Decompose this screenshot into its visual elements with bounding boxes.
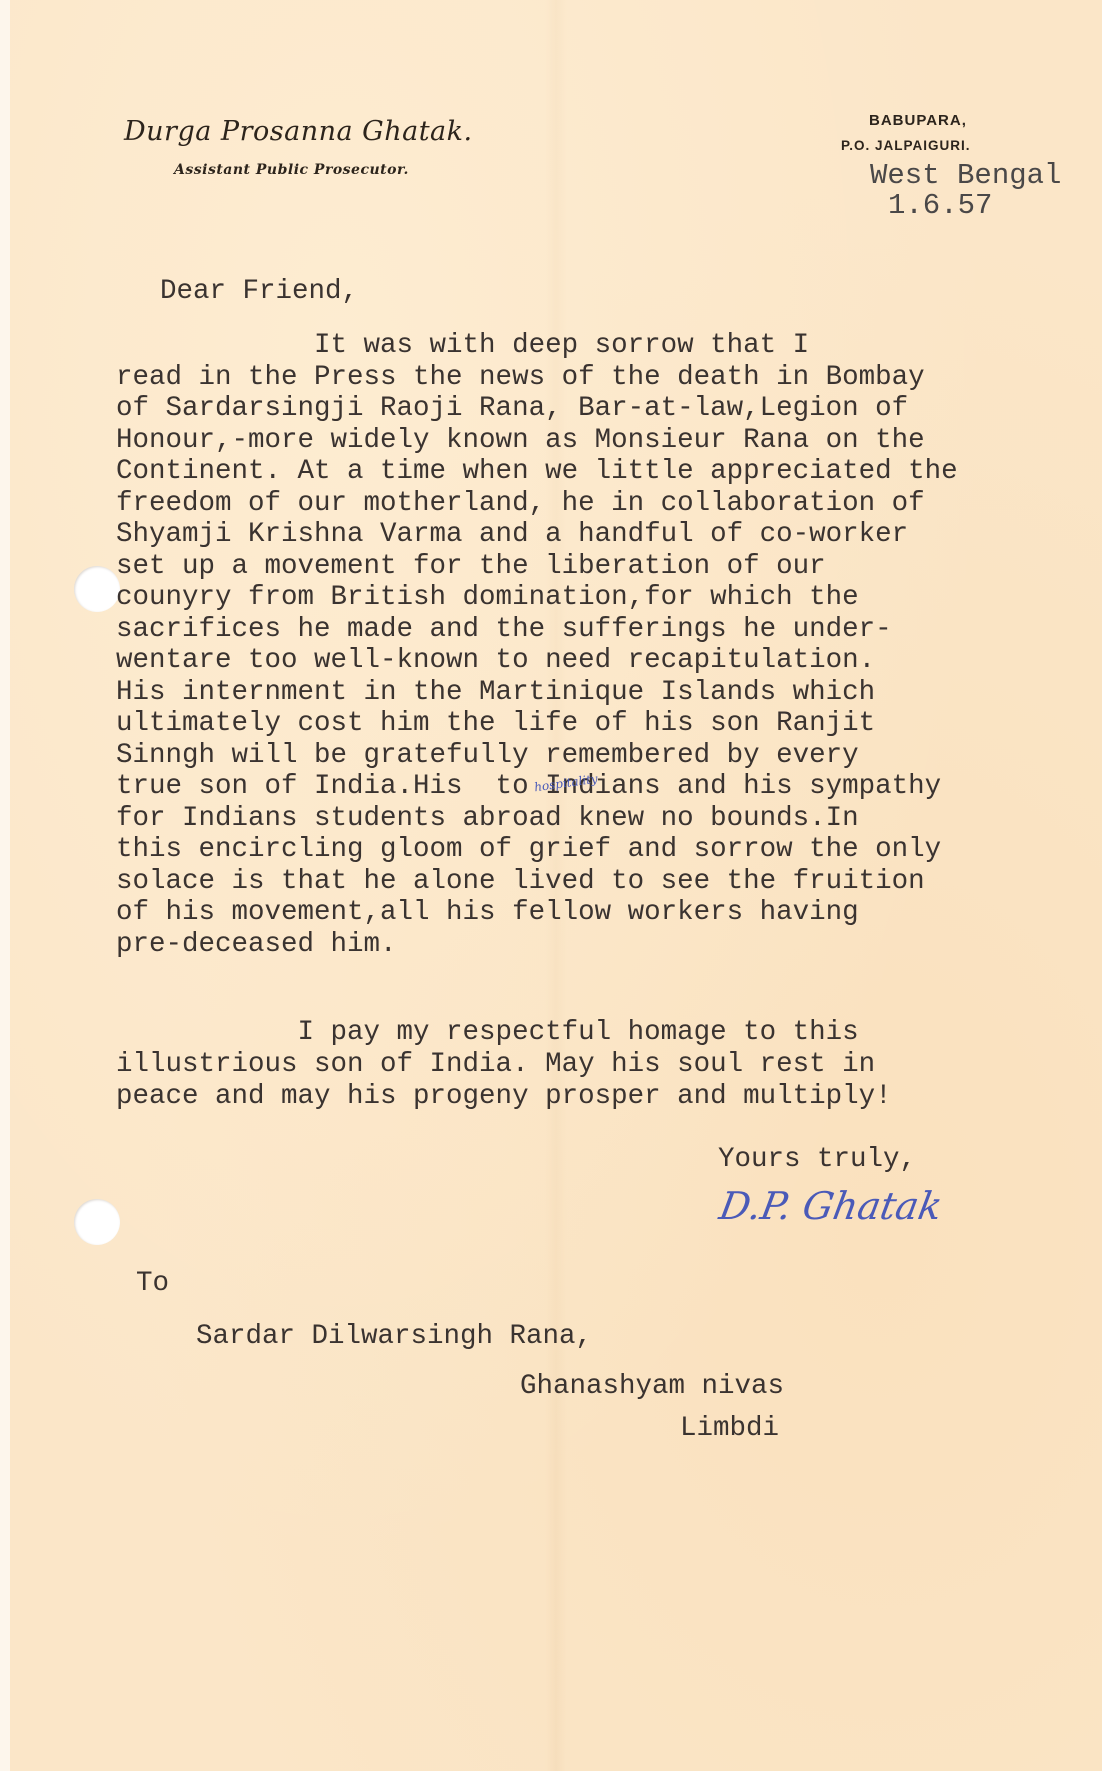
body-paragraph-2: I pay my respectful homage to this illus… <box>116 1017 892 1113</box>
closing: Yours truly, <box>718 1144 916 1176</box>
punch-hole-top <box>74 566 120 612</box>
signature: D.P. Ghatak <box>716 1184 945 1228</box>
recipient-to-label: To <box>136 1268 169 1300</box>
letterhead-sender-title: Assistant Public Prosecutor. <box>174 162 409 178</box>
body-paragraph-1: It was with deep sorrow that I read in t… <box>116 330 958 960</box>
salutation: Dear Friend, <box>160 276 358 308</box>
letterhead-address-line1: BABUPARA, <box>869 112 967 129</box>
recipient-name: Sardar Dilwarsingh Rana, <box>196 1321 592 1353</box>
typed-state: West Bengal <box>870 160 1061 192</box>
letterhead-address-line2: P.O. JALPAIGURI. <box>841 138 971 153</box>
letterhead-sender-name: Durga Prosanna Ghatak. <box>124 116 473 147</box>
recipient-address-line2: Limbdi <box>680 1413 779 1445</box>
punch-hole-bottom <box>74 1199 120 1245</box>
recipient-address-line1: Ghanashyam nivas <box>520 1371 784 1403</box>
letter-date: 1.6.57 <box>888 190 992 222</box>
